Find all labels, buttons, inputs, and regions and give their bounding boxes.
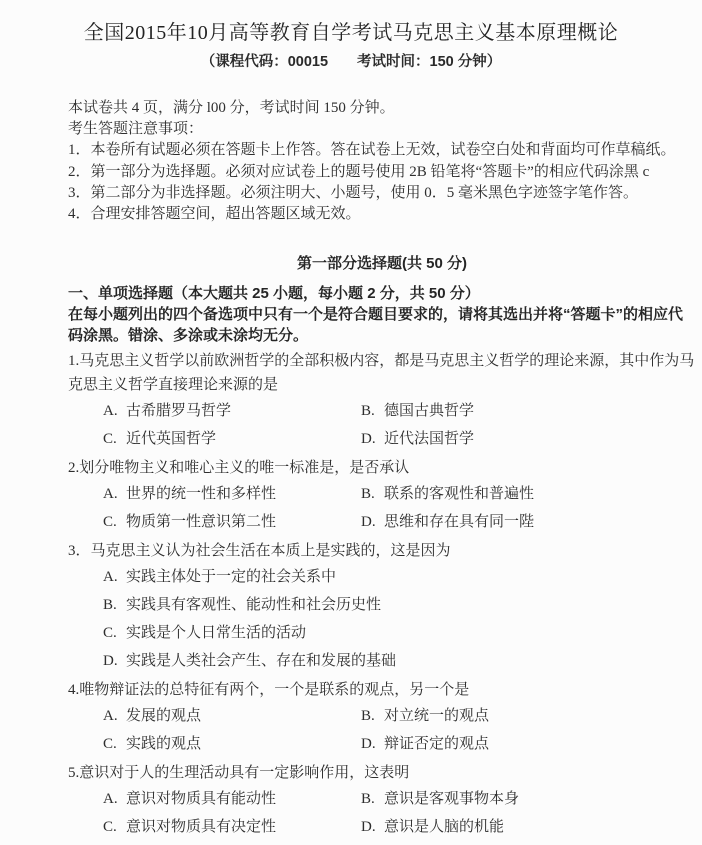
option-label: A. (103, 480, 126, 508)
question-5-option-a: A.意识对物质具有能动性 (103, 785, 361, 813)
question-2-options: A.世界的统一性和多样性 B.联系的客观性和普遍性 C.物质第一性意识第二性 D… (68, 480, 696, 536)
question-2-option-b: B.联系的客观性和普遍性 (361, 480, 696, 508)
option-label: A. (103, 397, 126, 425)
option-label: D. (103, 647, 126, 675)
question-2-option-d: D.思维和存在具有同一陛 (361, 508, 696, 536)
exam-note-3: 3．第二部分为非选择题。必须注明大、小题号，使用 0．5 毫米黑色字迹签字笔作答… (68, 183, 696, 204)
question-5: 5.意识对于人的生理活动具有一定影响作用，这表明 A.意识对物质具有能动性 B.… (68, 761, 696, 841)
question-1-option-b: B.德国古典哲学 (361, 397, 696, 425)
option-label: B. (103, 591, 126, 619)
section-subheader: 一、单项选择题（本大题共 25 小题，每小题 2 分，共 50 分） (68, 283, 696, 304)
question-5-options: A.意识对物质具有能动性 B.意识是客观事物本身 C.意识对物质具有决定性 D.… (68, 785, 696, 841)
option-text: 发展的观点 (126, 708, 201, 724)
section-header: 第一部分选择题(共 50 分) (68, 253, 696, 275)
option-text: 意识对物质具有决定性 (126, 819, 276, 835)
option-label: B. (361, 702, 384, 730)
option-label: C. (103, 730, 126, 758)
question-4-options: A.发展的观点 B.对立统一的观点 C.实践的观点 D.辩证否定的观点 (68, 702, 696, 758)
question-2-option-a: A.世界的统一性和多样性 (103, 480, 361, 508)
option-label: C. (103, 508, 126, 536)
option-label: B. (361, 785, 384, 813)
option-text: 思维和存在具有同一陛 (384, 514, 534, 530)
option-text: 实践主体处于一定的社会关系中 (126, 569, 336, 585)
question-5-stem: 5.意识对于人的生理活动具有一定影响作用，这表明 (68, 761, 696, 785)
option-text: 实践是个人日常生活的活动 (126, 625, 306, 641)
question-4-option-d: D.辩证否定的观点 (361, 730, 696, 758)
page-content: 本试卷共 4 页，满分 l00 分，考试时间 150 分钟。 考生答题注意事项：… (68, 98, 696, 841)
question-3-option-b: B.实践具有客观性、能动性和社会历史性 (103, 591, 696, 619)
option-label: D. (361, 425, 384, 453)
notice-heading: 考生答题注意事项： (68, 119, 696, 140)
exam-note-2: 2．第一部分为选择题。必须对应试卷上的题号使用 2B 铅笔将“答题卡”的相应代码… (68, 162, 696, 183)
option-text: 对立统一的观点 (384, 708, 489, 724)
question-4-option-a: A.发展的观点 (103, 702, 361, 730)
option-text: 近代法国哲学 (384, 431, 474, 447)
option-text: 实践是人类社会产生、存在和发展的基础 (126, 653, 396, 669)
question-2-option-c: C.物质第一性意识第二性 (103, 508, 361, 536)
question-5-option-b: B.意识是客观事物本身 (361, 785, 696, 813)
option-text: 辩证否定的观点 (384, 736, 489, 752)
option-text: 近代英国哲学 (126, 431, 216, 447)
option-label: D. (361, 730, 384, 758)
question-5-option-c: C.意识对物质具有决定性 (103, 813, 361, 841)
option-text: 物质第一性意识第二性 (126, 514, 276, 530)
option-text: 世界的统一性和多样性 (126, 486, 276, 502)
option-label: C. (103, 813, 126, 841)
option-label: A. (103, 785, 126, 813)
option-label: B. (361, 480, 384, 508)
exam-note-1: 1．本卷所有试题必须在答题卡上作答。答在试卷上无效，试卷空白处和背面均可作草稿纸… (68, 140, 696, 161)
exam-preamble: 本试卷共 4 页，满分 l00 分，考试时间 150 分钟。 考生答题注意事项：… (68, 98, 696, 225)
page-title: 全国2015年10月高等教育自学考试马克思主义基本原理概论 (0, 0, 702, 45)
option-text: 实践的观点 (126, 736, 201, 752)
question-1-option-a: A.古希腊罗马哲学 (103, 397, 361, 425)
question-5-option-d: D.意识是人脑的机能 (361, 813, 696, 841)
question-3-stem: 3．马克思主义认为社会生活在本质上是实践的，这是因为 (68, 539, 696, 563)
section-instructions: 在每小题列出的四个备选项中只有一个是符合题目要求的，请将其选出并将“答题卡”的相… (68, 304, 696, 346)
option-label: A. (103, 563, 126, 591)
exam-paper-page: 全国2015年10月高等教育自学考试马克思主义基本原理概论 （课程代码：0001… (0, 0, 702, 845)
question-2: 2.划分唯物主义和唯心主义的唯一标准是，是否承认 A.世界的统一性和多样性 B.… (68, 456, 696, 536)
option-text: 意识对物质具有能动性 (126, 791, 276, 807)
option-label: B. (361, 397, 384, 425)
exam-summary: 本试卷共 4 页，满分 l00 分，考试时间 150 分钟。 (68, 98, 696, 119)
question-4: 4.唯物辩证法的总特征有两个，一个是联系的观点，另一个是 A.发展的观点 B.对… (68, 678, 696, 758)
option-text: 古希腊罗马哲学 (126, 403, 231, 419)
option-text: 联系的客观性和普遍性 (384, 486, 534, 502)
exam-note-4: 4．合理安排答题空间，超出答题区域无效。 (68, 204, 696, 225)
question-3-option-d: D.实践是人类社会产生、存在和发展的基础 (103, 647, 696, 675)
question-4-option-c: C.实践的观点 (103, 730, 361, 758)
option-label: C. (103, 619, 126, 647)
option-label: C. (103, 425, 126, 453)
question-2-stem: 2.划分唯物主义和唯心主义的唯一标准是，是否承认 (68, 456, 696, 480)
question-1-options: A.古希腊罗马哲学 B.德国古典哲学 C.近代英国哲学 D.近代法国哲学 (68, 397, 696, 453)
page-subtitle: （课程代码：00015 考试时间：150 分钟） (0, 50, 702, 71)
question-4-option-b: B.对立统一的观点 (361, 702, 696, 730)
question-1-option-c: C.近代英国哲学 (103, 425, 361, 453)
option-label: D. (361, 813, 384, 841)
option-text: 意识是客观事物本身 (384, 791, 519, 807)
option-label: A. (103, 702, 126, 730)
option-label: D. (361, 508, 384, 536)
question-1: 1.马克思主义哲学以前欧洲哲学的全部积极内容，都是马克思主义哲学的理论来源，其中… (68, 349, 696, 453)
question-4-stem: 4.唯物辩证法的总特征有两个，一个是联系的观点，另一个是 (68, 678, 696, 702)
option-text: 实践具有客观性、能动性和社会历史性 (126, 597, 381, 613)
option-text: 德国古典哲学 (384, 403, 474, 419)
question-3-options: A.实践主体处于一定的社会关系中 B.实践具有客观性、能动性和社会历史性 C.实… (68, 563, 696, 675)
option-text: 意识是人脑的机能 (384, 819, 504, 835)
question-3-option-a: A.实践主体处于一定的社会关系中 (103, 563, 696, 591)
question-3-option-c: C.实践是个人日常生活的活动 (103, 619, 696, 647)
question-1-stem: 1.马克思主义哲学以前欧洲哲学的全部积极内容，都是马克思主义哲学的理论来源，其中… (68, 349, 696, 397)
question-1-option-d: D.近代法国哲学 (361, 425, 696, 453)
question-3: 3．马克思主义认为社会生活在本质上是实践的，这是因为 A.实践主体处于一定的社会… (68, 539, 696, 675)
